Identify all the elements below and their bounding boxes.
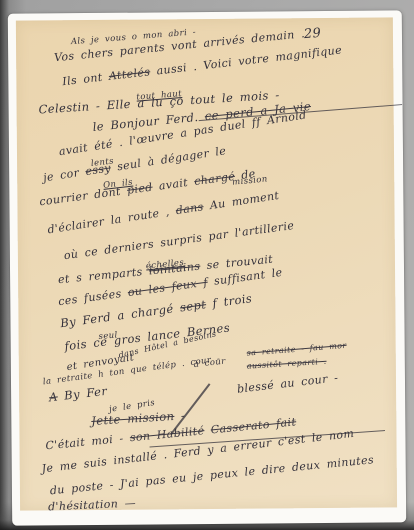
handwritten-line: sa retraite - fau mor (246, 342, 346, 358)
struck-text: essy (85, 161, 112, 178)
struck-text: Casserato fait (210, 415, 297, 436)
struck-text: Jette mission (91, 409, 175, 428)
struck-text: sept (179, 297, 207, 314)
text-fragment: By Fer (57, 384, 108, 404)
text-fragment: f trois (205, 291, 253, 311)
text-fragment: courrier dont (39, 184, 128, 208)
struck-text: sa retraite - fau mor (246, 341, 347, 358)
struck-text: A (48, 389, 58, 404)
struck-text: son Habilité (129, 424, 205, 444)
text-fragment: avait (152, 175, 195, 193)
text-fragment: d'éclairer la route , (47, 204, 177, 236)
photo-background: 29 Als je vous o mon abri -Vos chers par… (0, 0, 414, 530)
struck-text: aussitôt reparti . (247, 357, 327, 371)
text-fragment: seul à dégager le (110, 144, 227, 174)
struck-text: pied (126, 181, 153, 197)
handwritten-line: Jette mission - (91, 410, 186, 427)
text-fragment: je cor (42, 165, 86, 184)
text-fragment: Au moment (203, 189, 281, 213)
struck-text: dans (175, 200, 205, 217)
text-fragment: C'était moi - (45, 431, 131, 452)
handwritten-line: aussitôt reparti . (247, 358, 327, 371)
handwritten-line: A By Fer (48, 386, 107, 404)
text-fragment: ces fusées (57, 286, 128, 308)
handwritten-line: blessé au cour - (236, 372, 338, 394)
manuscript-paper: 29 Als je vous o mon abri -Vos chers par… (16, 17, 397, 510)
text-fragment: Ils ont (62, 70, 110, 88)
photo-print: 29 Als je vous o mon abri -Vos chers par… (8, 10, 406, 525)
text-fragment: blessé au cour - (236, 371, 339, 395)
struck-text: ou les feux f (127, 276, 209, 299)
struck-text: chargé (193, 170, 235, 188)
text-fragment: de (234, 167, 256, 183)
page-number: 29 (303, 27, 321, 41)
struck-text: Attelés (108, 65, 151, 83)
text-fragment: - (174, 408, 186, 423)
handwritten-line: d'hésitation — (48, 498, 136, 513)
text-fragment: et s remparts (57, 265, 149, 287)
text-fragment: d'hésitation — (48, 497, 137, 514)
